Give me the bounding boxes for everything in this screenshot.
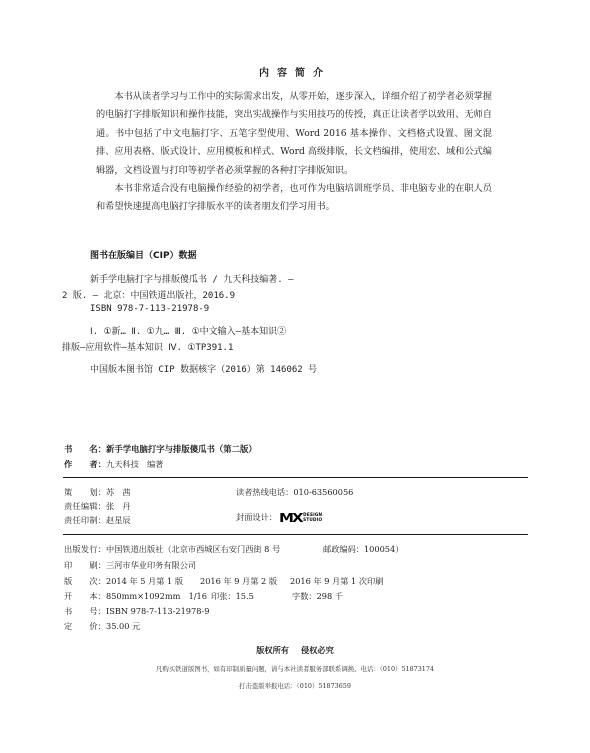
cip-line-record-number: 中国版本图书馆 CIP 数据核字（2016）第 146062 号 xyxy=(90,362,317,375)
colophon-editor: 责任编辑：张 丹 xyxy=(64,501,131,512)
words-label: 字数： xyxy=(292,591,317,601)
summary-paragraph-1: 本书从读者学习与工作中的实际需求出发，从零开始，逐步深入，详细介绍了初学者必须掌… xyxy=(96,88,492,180)
summary-title: 内容简介 xyxy=(0,64,590,79)
summary-title-text: 内容简介 xyxy=(259,68,331,79)
format-value: 850mm×1092mm 1/16 xyxy=(106,591,207,601)
colophon-author: 作 者：九天科技 编著 xyxy=(64,459,163,470)
words-value: 298 千 xyxy=(317,591,343,601)
colophon-sheets: 印张：15.5 xyxy=(211,591,254,602)
colophon-print-manager: 责任印制：赵星辰 xyxy=(64,515,131,526)
print-manager-label: 责任印制： xyxy=(64,515,106,526)
colophon-postcode: 邮政编码：100054） xyxy=(323,544,403,555)
book-name-label: 书 名： xyxy=(64,443,106,455)
cip-line-edition: 2 版. — 北京：中国铁道出版社，2016.9 xyxy=(62,288,235,301)
cip-line-classification-1: Ⅰ. ①新… Ⅱ. ①九… Ⅲ. ①中文输入—基本知识② xyxy=(90,324,286,337)
cip-line-title: 新手学电脑打字与排版傻瓜书 / 九天科技编著. — xyxy=(90,272,294,285)
printer-label: 印 刷： xyxy=(64,560,106,571)
colophon-edition: 版 次：2014 年 5 月第 1 版 xyxy=(64,576,183,587)
cip-heading: 图书在版编目（CIP）数据 xyxy=(90,248,197,261)
editor-label: 责任编辑： xyxy=(64,501,106,512)
colophon-format: 开 本：850mm×1092mm 1/16 xyxy=(64,591,207,602)
price-label: 定 价： xyxy=(64,621,106,632)
colophon-planner: 策 划：苏 茜 xyxy=(64,487,131,498)
colophon-isbn: 书 号：ISBN 978-7-113-21978-9 xyxy=(64,606,209,617)
isbn-label: 书 号： xyxy=(64,606,106,617)
sheets-value: 15.5 xyxy=(236,591,254,601)
cover-design-label: 封面设计： xyxy=(236,512,277,522)
piracy-hotline: 打击盗版举报电话：（010）51873659 xyxy=(0,681,590,690)
printer-value: 三河市华业印务有限公司 xyxy=(106,560,196,570)
colophon-cover-design: 封面设计：MXDESIGNSTUDIO xyxy=(236,512,322,524)
colophon-edition-second: 2016 年 9 月第 2 版 xyxy=(200,576,277,587)
colophon-publisher: 出版发行：中国铁道出版社（北京市西城区右安门西街 8 号 xyxy=(64,544,280,555)
divider-rule-1 xyxy=(63,477,528,478)
cip-line-isbn: ISBN 978-7-113-21978-9 xyxy=(90,304,209,314)
colophon-edition-printing: 2016 年 9 月第 1 次印刷 xyxy=(290,576,383,587)
quality-notice: 凡购买铁道版图书，如有印制质量问题，请与本社读者服务部联系调换。电话：（010）… xyxy=(0,664,590,673)
planner-label: 策 划： xyxy=(64,487,106,498)
edition-label: 版 次： xyxy=(64,576,106,587)
colophon-printer: 印 刷：三河市华业印务有限公司 xyxy=(64,560,196,571)
cip-line-classification-2: 排版—应用软件—基本知识 Ⅳ. ①TP391.1 xyxy=(62,340,233,353)
copyright-notice: 版权所有侵权必究 xyxy=(0,645,590,656)
colophon-words: 字数：298 千 xyxy=(292,591,343,602)
mx-design-studio-logo: MXDESIGNSTUDIO xyxy=(279,512,322,524)
divider-rule-2 xyxy=(63,534,528,535)
book-name-value: 新手学电脑打字与排版傻瓜书（第二版） xyxy=(106,444,257,454)
planner-value: 苏 茜 xyxy=(106,487,131,497)
hotline-value: 010-63560056 xyxy=(293,487,353,497)
hotline-label: 读者热线电话： xyxy=(236,487,293,497)
logo-mx-mark: MX xyxy=(279,512,302,524)
editor-value: 张 丹 xyxy=(106,501,131,511)
price-value: 35.00 元 xyxy=(106,621,140,631)
edition-first: 2014 年 5 月第 1 版 xyxy=(106,576,183,586)
colophon-book-name: 书 名：新手学电脑打字与排版傻瓜书（第二版） xyxy=(64,443,257,455)
format-label: 开 本： xyxy=(64,591,106,602)
summary-paragraph-2: 本书非常适合没有电脑操作经验的初学者，也可作为电脑培训班学员、非电脑专业的在职人… xyxy=(96,180,492,217)
author-label: 作 者： xyxy=(64,459,106,470)
logo-sub-studio: STUDIO xyxy=(303,518,322,523)
infringement-warning: 侵权必究 xyxy=(301,645,334,655)
postcode-value: 100054） xyxy=(364,544,403,554)
rights-reserved: 版权所有 xyxy=(256,645,289,655)
colophon-hotline: 读者热线电话：010-63560056 xyxy=(236,487,353,498)
print-manager-value: 赵星辰 xyxy=(106,515,131,525)
sheets-label: 印张： xyxy=(211,591,236,601)
author-value: 九天科技 编著 xyxy=(106,459,163,469)
isbn-value: ISBN 978-7-113-21978-9 xyxy=(106,606,209,616)
summary-body: 本书从读者学习与工作中的实际需求出发，从零开始，逐步深入，详细介绍了初学者必须掌… xyxy=(96,88,492,217)
publisher-value: 中国铁道出版社（北京市西城区右安门西街 8 号 xyxy=(106,544,280,554)
colophon-price: 定 价：35.00 元 xyxy=(64,621,140,632)
publisher-label: 出版发行： xyxy=(64,544,106,555)
postcode-label: 邮政编码： xyxy=(323,544,364,554)
